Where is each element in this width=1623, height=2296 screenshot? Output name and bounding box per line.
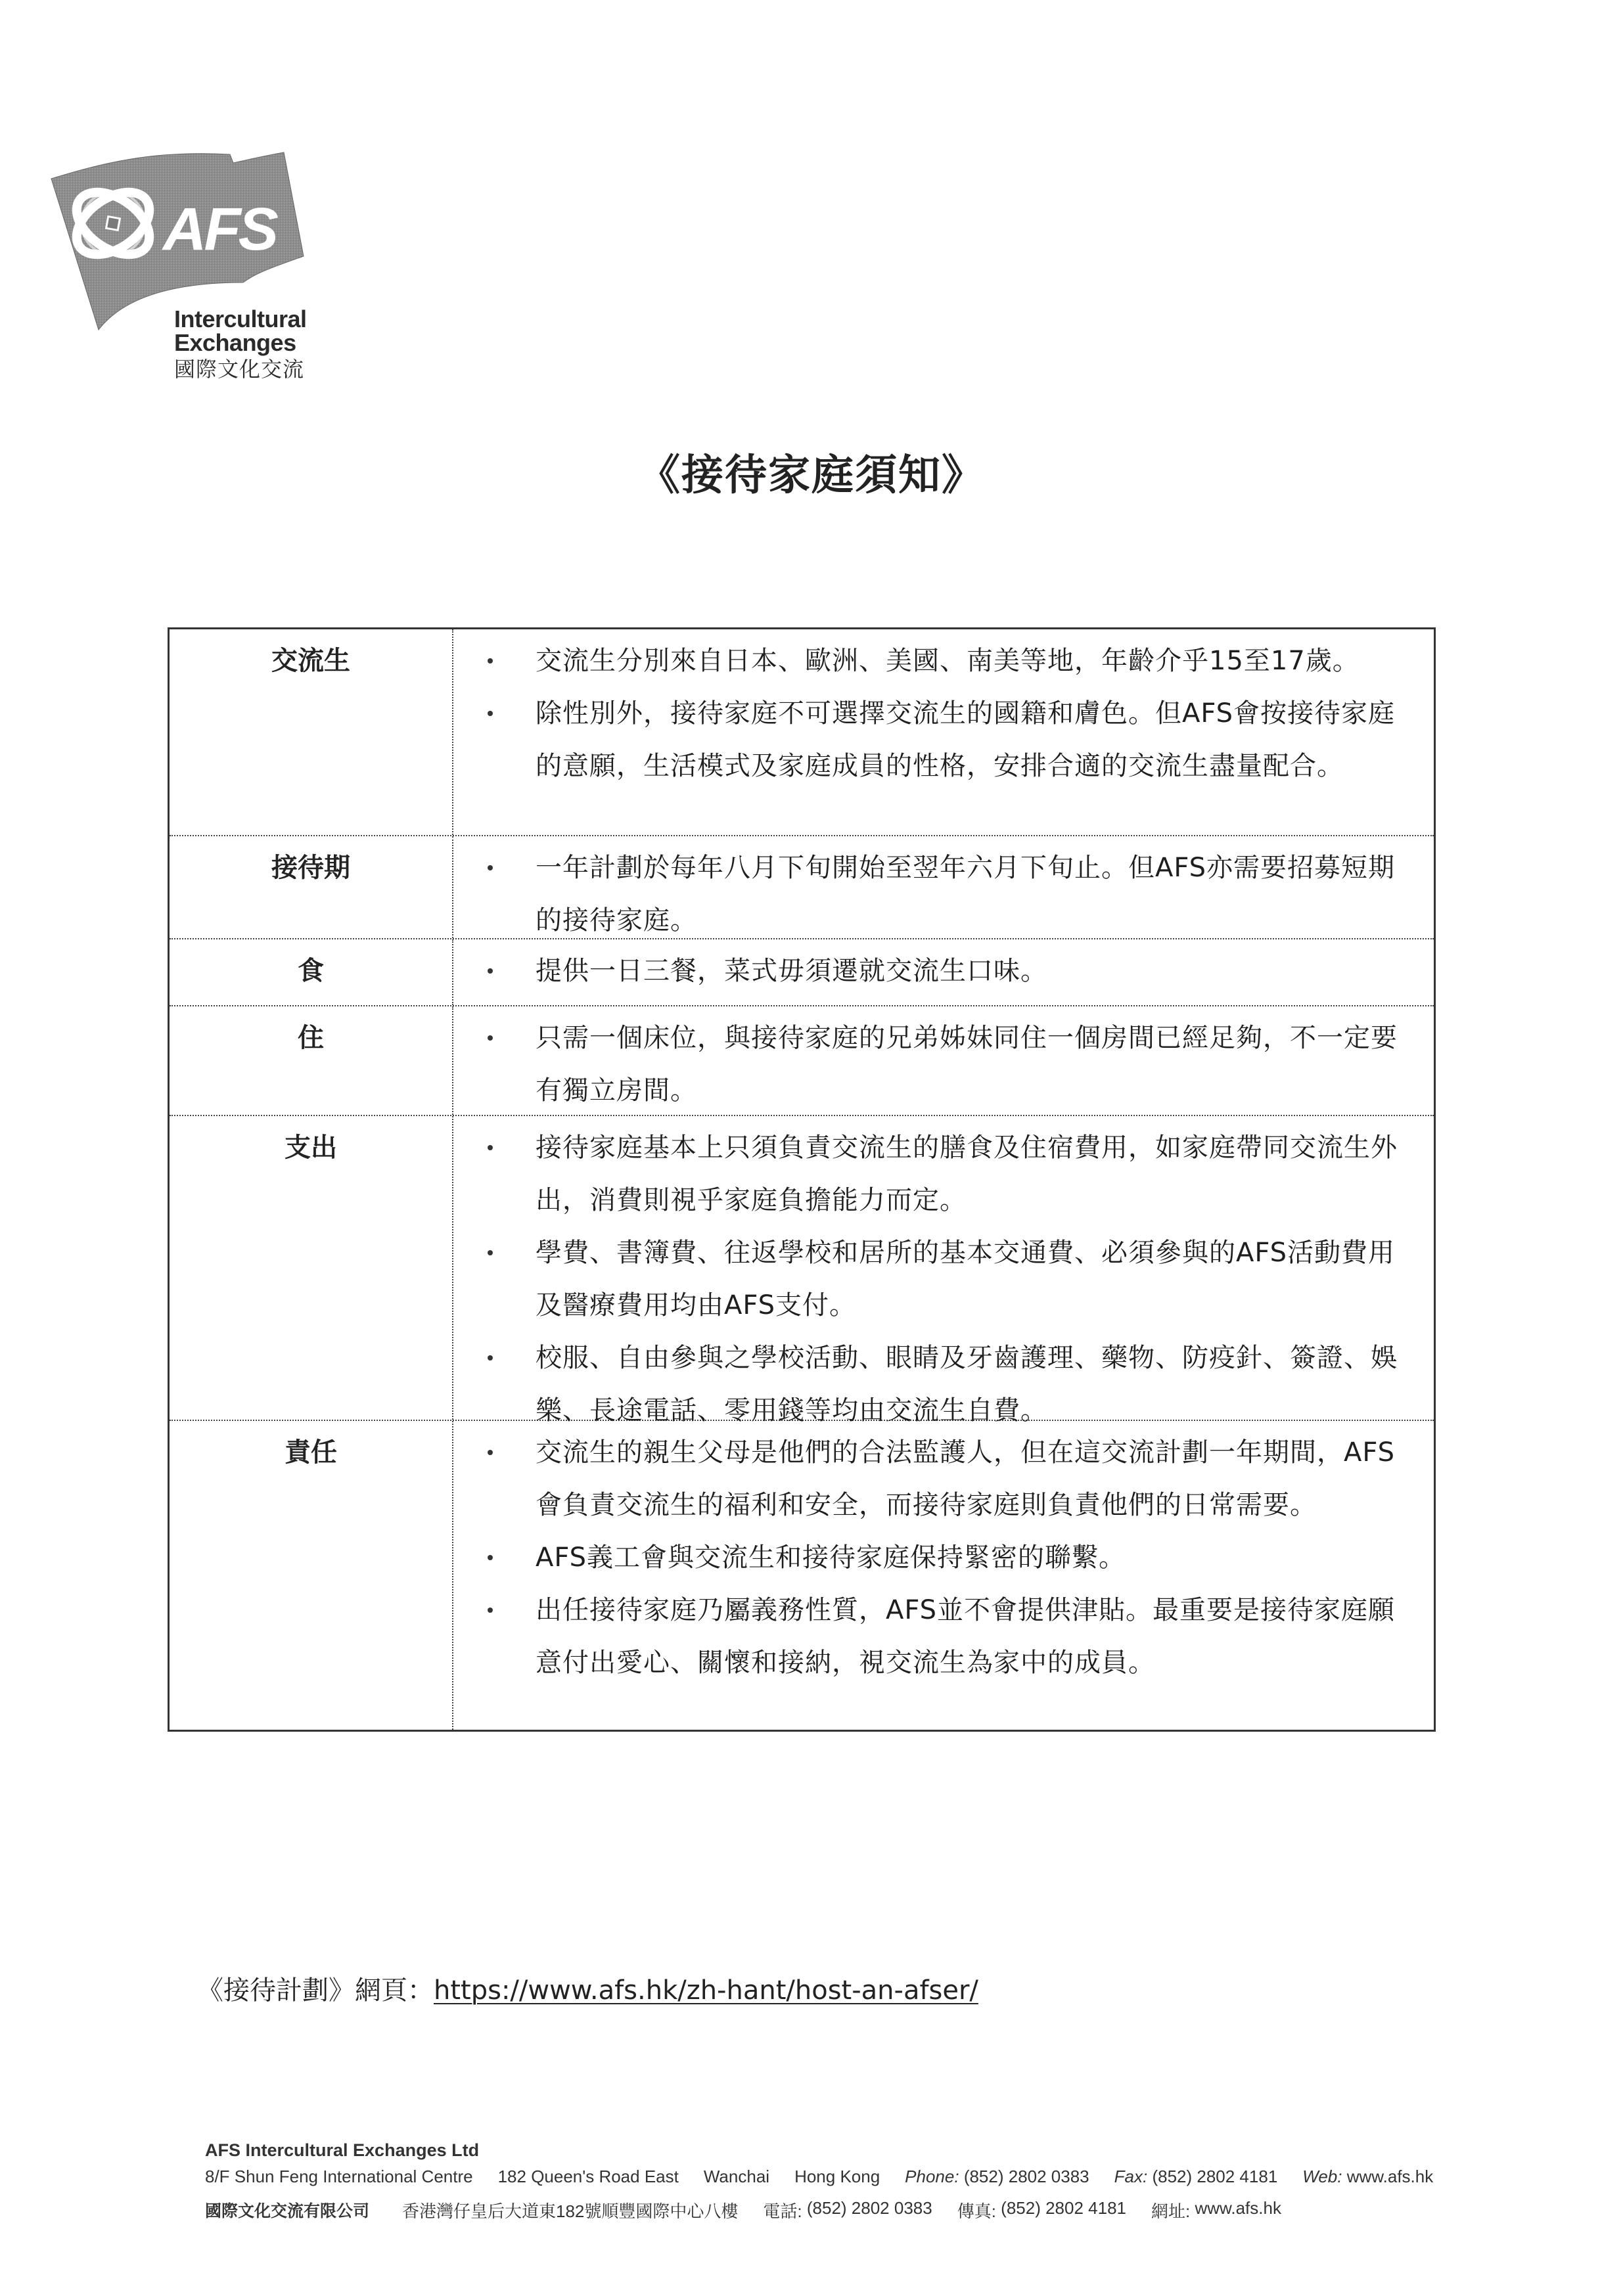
item-text: 交流生分別來自日本、歐洲、美國、南美等地，年齡介乎15至17歲。	[536, 635, 1421, 687]
logo-line-chinese: 國際文化交流	[174, 355, 307, 384]
item-text: 接待家庭基本上只須負責交流生的膳食及住宿費用，如家庭帶同交流生外出，消費則視乎家…	[536, 1121, 1421, 1227]
footer-company-en: AFS Intercultural Exchanges Ltd	[205, 2140, 1453, 2167]
bullet-icon	[453, 1121, 536, 1227]
footer-fax-label-en: Fax:	[1114, 2167, 1148, 2198]
item-text: 出任接待家庭乃屬義務性質，AFS並不會提供津貼。最重要是接待家庭願意付出愛心、關…	[536, 1584, 1421, 1689]
row-label: 食	[170, 939, 453, 1005]
bullet-icon	[453, 1584, 536, 1689]
table-row-expenses: 支出 接待家庭基本上只須負責交流生的膳食及住宿費用，如家庭帶同交流生外出，消費則…	[170, 1115, 1434, 1420]
footer-phone-cn: (852) 2802 0383	[807, 2198, 932, 2230]
page-title: 《接待家庭須知》	[0, 441, 1623, 502]
list-item: 提供一日三餐，菜式毋須遷就交流生口味。	[453, 945, 1421, 997]
table-row-food: 食 提供一日三餐，菜式毋須遷就交流生口味。	[170, 938, 1434, 1005]
bullet-icon	[453, 842, 536, 947]
item-text: AFS義工會與交流生和接待家庭保持緊密的聯繫。	[536, 1531, 1421, 1584]
list-item: 只需一個床位，與接待家庭的兄弟姊妹同住一個房間已經足夠，不一定要有獨立房間。	[453, 1012, 1421, 1117]
footer-web-cn: www.afs.hk	[1195, 2198, 1281, 2230]
row-label: 交流生	[170, 629, 453, 835]
afs-logo: AFS Intercultural Exchanges 國際文化交流	[46, 151, 335, 401]
row-label: 責任	[170, 1421, 453, 1730]
footer-fax-en: (852) 2802 4181	[1152, 2167, 1277, 2198]
logo-tagline: Intercultural Exchanges 國際文化交流	[174, 307, 307, 384]
svg-text:AFS: AFS	[162, 196, 279, 263]
footer-district-en: Wanchai	[704, 2167, 769, 2198]
row-label: 支出	[170, 1116, 453, 1420]
footer-phone-en: (852) 2802 0383	[964, 2167, 1089, 2198]
table-row-exchange-student: 交流生 交流生分別來自日本、歐洲、美國、南美等地，年齡介乎15至17歲。 除性別…	[170, 629, 1434, 835]
list-item: 交流生分別來自日本、歐洲、美國、南美等地，年齡介乎15至17歲。	[453, 635, 1421, 687]
bullet-icon	[453, 1531, 536, 1584]
footer-building-en: 8/F Shun Feng International Centre	[205, 2167, 473, 2198]
table-row-accommodation: 住 只需一個床位，與接待家庭的兄弟姊妹同住一個房間已經足夠，不一定要有獨立房間。	[170, 1005, 1434, 1115]
item-text: 交流生的親生父母是他們的合法監護人，但在這交流計劃一年期間，AFS會負責交流生的…	[536, 1426, 1421, 1531]
item-text: 除性別外，接待家庭不可選擇交流生的國籍和膚色。但AFS會按接待家庭的意願，生活模…	[536, 687, 1421, 792]
footer-address-en: 8/F Shun Feng International Centre 182 Q…	[205, 2167, 1453, 2198]
item-text: 一年計劃於每年八月下旬開始至翌年六月下旬止。但AFS亦需要招募短期的接待家庭。	[536, 842, 1421, 947]
row-content: 交流生分別來自日本、歐洲、美國、南美等地，年齡介乎15至17歲。 除性別外，接待…	[453, 629, 1434, 835]
footer-company-cn: 國際文化交流有限公司	[205, 2198, 369, 2230]
program-webpage-line: 《接待計劃》網頁：https://www.afs.hk/zh-hant/host…	[197, 1970, 978, 2007]
footer-fax-label-cn: 傳真:	[957, 2198, 996, 2230]
footer-city-en: Hong Kong	[794, 2167, 880, 2198]
host-family-info-table: 交流生 交流生分別來自日本、歐洲、美國、南美等地，年齡介乎15至17歲。 除性別…	[168, 627, 1436, 1732]
footer-fax-cn: (852) 2802 4181	[1001, 2198, 1126, 2230]
list-item: 出任接待家庭乃屬義務性質，AFS並不會提供津貼。最重要是接待家庭願意付出愛心、關…	[453, 1584, 1421, 1689]
program-webpage-label: 《接待計劃》網頁：	[197, 1975, 434, 2006]
list-item: 除性別外，接待家庭不可選擇交流生的國籍和膚色。但AFS會按接待家庭的意願，生活模…	[453, 687, 1421, 792]
item-text: 只需一個床位，與接待家庭的兄弟姊妹同住一個房間已經足夠，不一定要有獨立房間。	[536, 1012, 1421, 1117]
logo-line-intercultural: Intercultural	[174, 307, 307, 331]
footer-phone-label-en: Phone:	[905, 2167, 959, 2198]
footer-address-cn-text: 香港灣仔皇后大道東182號順豐國際中心八樓	[402, 2198, 738, 2230]
footer-street-en: 182 Queen's Road East	[498, 2167, 679, 2198]
item-text: 學費、書簿費、往返學校和居所的基本交通費、必須參與的AFS活動費用及醫療費用均由…	[536, 1227, 1421, 1332]
table-row-hosting-period: 接待期 一年計劃於每年八月下旬開始至翌年六月下旬止。但AFS亦需要招募短期的接待…	[170, 835, 1434, 938]
letterhead-footer: AFS Intercultural Exchanges Ltd 8/F Shun…	[205, 2140, 1453, 2230]
row-content: 提供一日三餐，菜式毋須遷就交流生口味。	[453, 939, 1434, 1005]
list-item: 學費、書簿費、往返學校和居所的基本交通費、必須參與的AFS活動費用及醫療費用均由…	[453, 1227, 1421, 1332]
list-item: AFS義工會與交流生和接待家庭保持緊密的聯繫。	[453, 1531, 1421, 1584]
footer-web-label-cn: 網址:	[1151, 2198, 1190, 2230]
program-webpage-link[interactable]: https://www.afs.hk/zh-hant/host-an-afser…	[434, 1975, 978, 2006]
footer-address-cn: 國際文化交流有限公司 香港灣仔皇后大道東182號順豐國際中心八樓 電話: (85…	[205, 2198, 1453, 2230]
list-item: 一年計劃於每年八月下旬開始至翌年六月下旬止。但AFS亦需要招募短期的接待家庭。	[453, 842, 1421, 947]
list-item: 交流生的親生父母是他們的合法監護人，但在這交流計劃一年期間，AFS會負責交流生的…	[453, 1426, 1421, 1531]
bullet-icon	[453, 687, 536, 792]
item-text: 提供一日三餐，菜式毋須遷就交流生口味。	[536, 945, 1421, 997]
row-content: 接待家庭基本上只須負責交流生的膳食及住宿費用，如家庭帶同交流生外出，消費則視乎家…	[453, 1116, 1434, 1420]
footer-phone-label-cn: 電話:	[763, 2198, 802, 2230]
bullet-icon	[453, 1227, 536, 1332]
footer-web-en: www.afs.hk	[1347, 2167, 1434, 2198]
footer-web-label-en: Web:	[1302, 2167, 1342, 2198]
logo-line-exchanges: Exchanges	[174, 331, 307, 355]
bullet-icon	[453, 1012, 536, 1117]
list-item: 接待家庭基本上只須負責交流生的膳食及住宿費用，如家庭帶同交流生外出，消費則視乎家…	[453, 1121, 1421, 1227]
row-label: 住	[170, 1006, 453, 1115]
bullet-icon	[453, 945, 536, 997]
row-content: 只需一個床位，與接待家庭的兄弟姊妹同住一個房間已經足夠，不一定要有獨立房間。	[453, 1006, 1434, 1115]
bullet-icon	[453, 1332, 536, 1437]
bullet-icon	[453, 1426, 536, 1531]
row-content: 一年計劃於每年八月下旬開始至翌年六月下旬止。但AFS亦需要招募短期的接待家庭。	[453, 836, 1434, 938]
table-row-responsibility: 責任 交流生的親生父母是他們的合法監護人，但在這交流計劃一年期間，AFS會負責交…	[170, 1420, 1434, 1730]
row-content: 交流生的親生父母是他們的合法監護人，但在這交流計劃一年期間，AFS會負責交流生的…	[453, 1421, 1434, 1730]
row-label: 接待期	[170, 836, 453, 938]
bullet-icon	[453, 635, 536, 687]
